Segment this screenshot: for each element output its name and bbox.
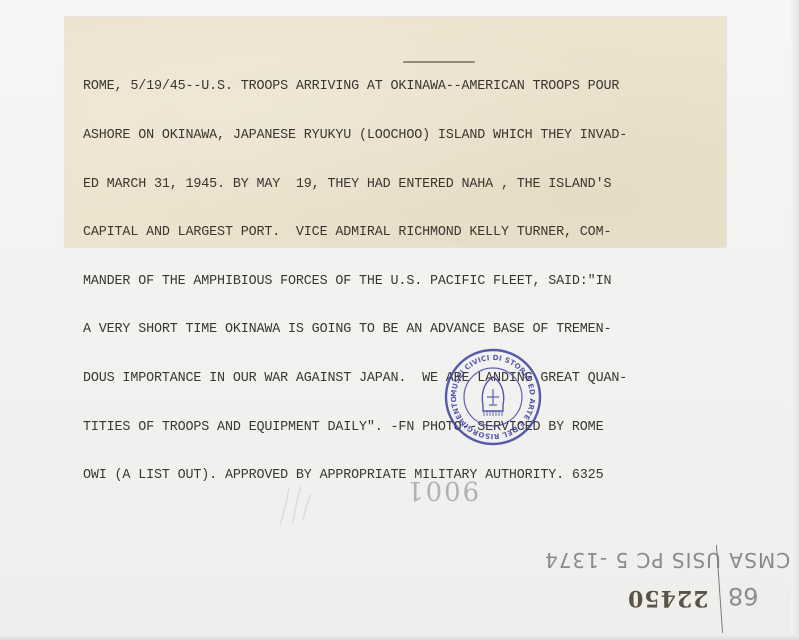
archive-code: CMSA USIS PC 5 -1374 xyxy=(544,548,790,572)
museum-stamp: MUSEI CIVICI DI STORIA ED ARTE E DEL RIS… xyxy=(443,347,543,447)
caption-line: ED MARCH 31, 1945. BY MAY 19, THEY HAD E… xyxy=(83,177,713,193)
caption-line: A VERY SHORT TIME OKINAWA IS GOING TO BE… xyxy=(83,322,713,338)
caption-text: ROME, 5/19/45--U.S. TROOPS ARRIVING AT O… xyxy=(83,47,713,517)
sheet-right-edge xyxy=(791,0,799,640)
sheet-bottom-edge xyxy=(0,634,799,640)
caption-line: MANDER OF THE AMPHIBIOUS FORCES OF THE U… xyxy=(83,274,713,290)
museum-stamp-icon: MUSEI CIVICI DI STORIA ED ARTE E DEL RIS… xyxy=(443,347,543,447)
pencil-note: 9001 xyxy=(405,475,479,505)
stamped-archive-number: 22450 xyxy=(627,585,709,611)
caption-slip: ROME, 5/19/45--U.S. TROOPS ARRIVING AT O… xyxy=(65,17,726,247)
caption-line: ROME, 5/19/45--U.S. TROOPS ARRIVING AT O… xyxy=(83,79,713,95)
caption-line: CAPITAL AND LARGEST PORT. VICE ADMIRAL R… xyxy=(83,225,713,241)
caption-line: OWI (A LIST OUT). APPROVED BY APPROPRIAT… xyxy=(83,468,713,484)
pencil-scribble-icon xyxy=(275,480,315,530)
caption-line: TITIES OF TROOPS AND EQUIPMENT DAILY". -… xyxy=(83,420,713,436)
caption-line: ASHORE ON OKINAWA, JAPANESE RYUKYU (LOOC… xyxy=(83,128,713,144)
shelf-number: 68 xyxy=(728,582,759,610)
caption-line: DOUS IMPORTANCE IN OUR WAR AGAINST JAPAN… xyxy=(83,371,713,387)
